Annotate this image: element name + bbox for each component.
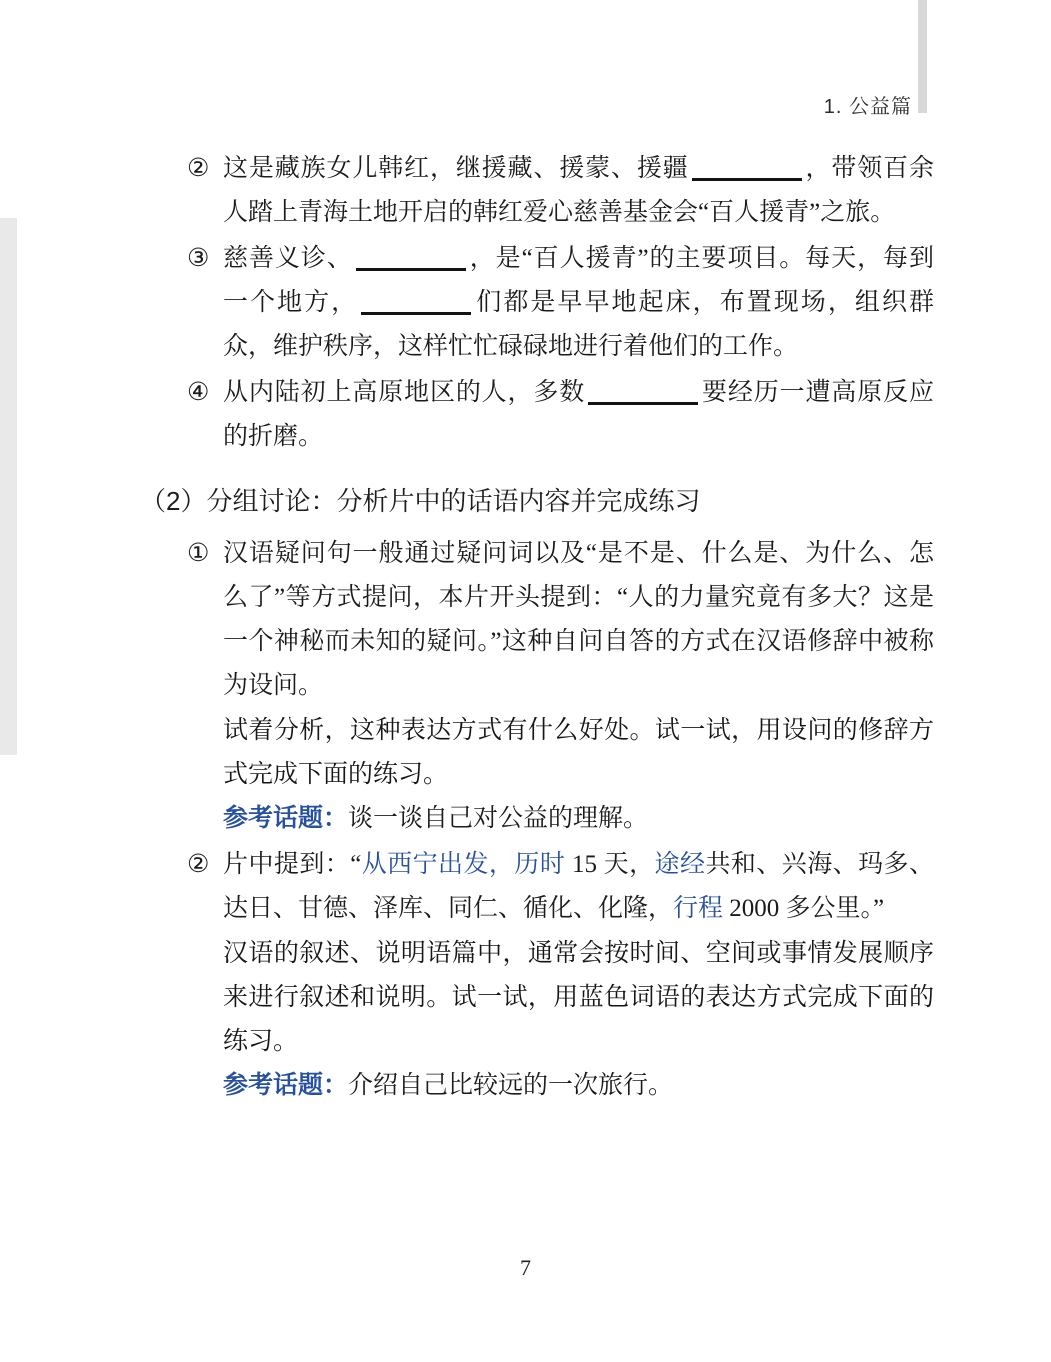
blue-term: 从西宁出发， (361, 851, 514, 878)
item-text: 从内陆初上高原地区的人，多数 (223, 379, 585, 406)
fill-item-3: ③ 慈善义诊、，是“百人援青”的主要项目。每天，每到一个地方，们都是早早地起床，… (187, 237, 934, 369)
running-header: 1. 公益篇 (824, 90, 912, 119)
reference-topic-label: 参考话题： (223, 804, 348, 832)
blue-term: 历时 (514, 851, 565, 878)
discussion-item-2: ② 片中提到：“从西宁出发，历时 15 天，途经共和、兴海、玛多、达日、甘德、泽… (187, 843, 934, 1108)
fill-item-2: ② 这是藏族女儿韩红，继援藏、援蒙、援疆，带领百余人踏上青海土地开启的韩红爱心慈… (187, 147, 934, 235)
item-text: 慈善义诊、 (223, 245, 353, 272)
item-quote: 片中提到：“从西宁出发，历时 15 天，途经共和、兴海、玛多、达日、甘德、泽库、… (223, 843, 934, 931)
item-body: 汉语疑问句一般通过疑问词以及“是不是、什么是、为什么、怎么了”等方式提问，本片开… (223, 532, 934, 708)
reference-topic-text: 介绍自己比较远的一次旅行。 (348, 1072, 673, 1099)
reference-topic: 参考话题：介绍自己比较远的一次旅行。 (223, 1063, 934, 1108)
item-number: ④ (187, 371, 209, 415)
fill-blank (588, 376, 698, 405)
quote-text: 2000 多公里。” (723, 895, 884, 922)
fill-blank (361, 286, 471, 315)
item-number: ② (187, 843, 209, 887)
right-margin-bar (918, 0, 927, 113)
left-margin-bar (0, 218, 17, 755)
blue-term: 行程 (673, 895, 723, 922)
quote-text: 15 天， (565, 851, 654, 878)
reference-topic-text: 谈一谈自己对公益的理解。 (348, 805, 648, 832)
page-content: ② 这是藏族女儿韩红，继援藏、援蒙、援疆，带领百余人踏上青海土地开启的韩红爱心慈… (187, 147, 934, 1110)
blue-term: 途经 (655, 851, 706, 878)
item-note: 试着分析，这种表达方式有什么好处。试一试，用设问的修辞方式完成下面的练习。 (223, 708, 934, 796)
reference-topic: 参考话题：谈一谈自己对公益的理解。 (223, 796, 934, 841)
discussion-item-1: ① 汉语疑问句一般通过疑问词以及“是不是、什么是、为什么、怎么了”等方式提问，本… (187, 532, 934, 841)
fill-item-4: ④ 从内陆初上高原地区的人，多数要经历一遭高原反应的折磨。 (187, 371, 934, 459)
item-text: 这是藏族女儿韩红，继援藏、援蒙、援疆 (223, 155, 689, 182)
item-number: ① (187, 532, 209, 576)
reference-topic-label: 参考话题： (223, 1071, 348, 1099)
page-number: 7 (0, 1255, 1051, 1281)
item-number: ③ (187, 237, 209, 281)
quote-text: 片中提到：“ (223, 851, 361, 878)
item-note: 汉语的叙述、说明语篇中，通常会按时间、空间或事情发展顺序来进行叙述和说明。试一试… (223, 931, 934, 1063)
fill-blank (356, 242, 466, 271)
fill-blank (692, 152, 802, 181)
item-number: ② (187, 147, 209, 191)
textbook-page: 1. 公益篇 ② 这是藏族女儿韩红，继援藏、援蒙、援疆，带领百余人踏上青海土地开… (0, 0, 1051, 1362)
section-heading: （2）分组讨论：分析片中的话语内容并完成练习 (140, 479, 934, 523)
